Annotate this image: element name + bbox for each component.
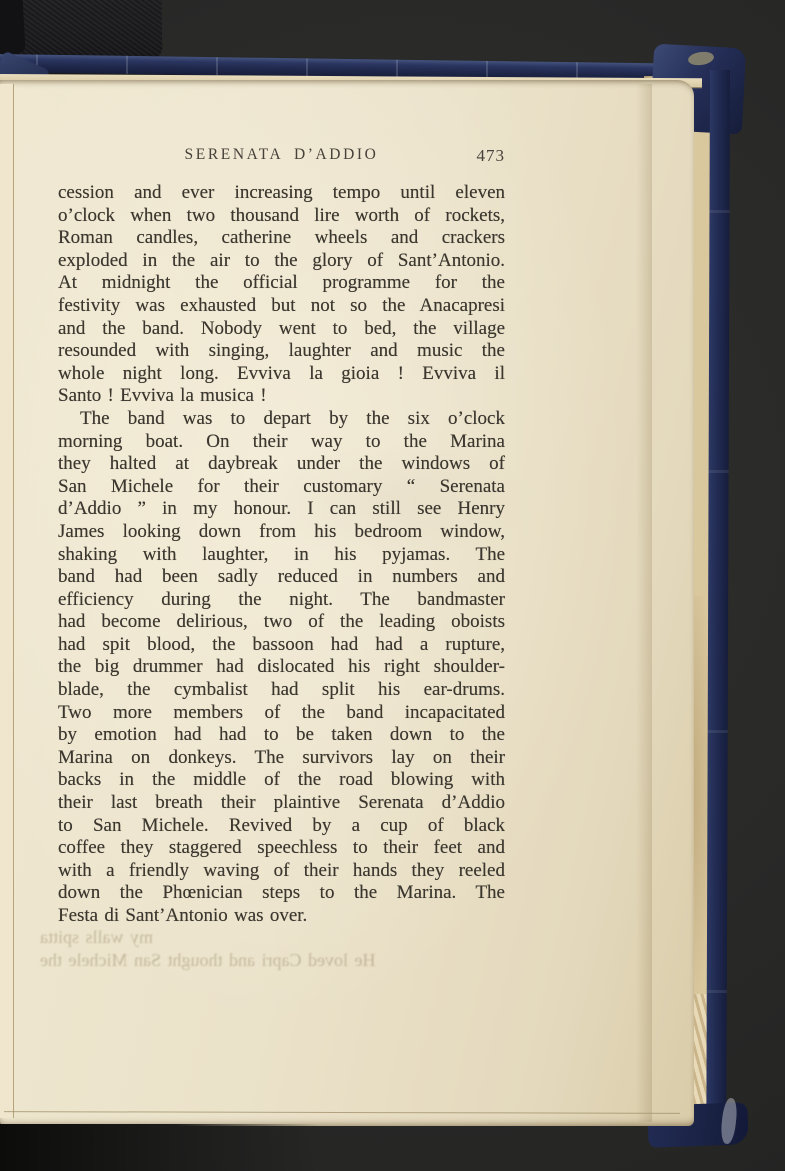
text-line: The band was to depart by the six o’cloc… [58,408,505,431]
cover-wear-marks [706,70,730,1132]
text-line: down the Phœnician steps to the Marina. … [58,882,505,905]
text-line: Two more members of the band incapacitat… [58,702,505,725]
running-head: SERENATA D’ADDIO 473 [58,146,505,168]
text-line: o’clock when two thousand lire worth of … [58,205,505,228]
text-line: the big drummer had dislocated his right… [58,656,505,679]
text-line: and the band. Nobody went to bed, the vi… [58,318,505,341]
page-left-edge [0,84,14,1118]
ghost-text-line: He loved Capri and thought San Michele t… [40,949,480,972]
text-line: Festa di Sant’Antonio was over. [58,905,505,928]
text-line: shaking with laughter, in his pyjamas. T… [58,544,505,567]
text-line: had spit blood, the bassoon had had a ru… [58,634,505,657]
text-line: d’Addio ” in my honour. I can still see … [58,498,505,521]
text-line: their last breath their plaintive Serena… [58,792,505,815]
text-line: backs in the middle of the road blowing … [58,769,505,792]
spine-shadow-notch [0,0,25,55]
text-line: resounded with singing, laughter and mus… [58,340,505,363]
ghost-text-line: my walls spitta [40,926,480,949]
page-number: 473 [477,146,506,166]
page-curvature-shadow [636,84,652,1122]
shadow-bottom-left [0,1124,320,1171]
text-line: to San Michele. Revived by a cup of blac… [58,815,505,838]
text-line: morning boat. On their way to the Marina [58,431,505,454]
text-line: festivity was exhausted but not so the A… [58,295,505,318]
bleed-through-ghost-text: my walls spittaHe loved Capri and though… [40,926,480,972]
chapter-title: SERENATA D’ADDIO [58,146,505,164]
page-body-text: cession and ever increasing tempo until … [58,182,505,928]
book-photo-scene: SERENATA D’ADDIO 473 cession and ever in… [0,0,785,1171]
text-line: whole night long. Evviva la gioia ! Evvi… [58,363,505,386]
text-line: Marina on donkeys. The survivors lay on … [58,747,505,770]
text-line: by emotion had had to be taken down to t… [58,724,505,747]
text-line: blade, the cymbalist had split his ear-d… [58,679,505,702]
text-line: San Michele for their customary “ Serena… [58,476,505,499]
text-line: with a friendly waving of their hands th… [58,860,505,883]
text-line: Roman candles, catherine wheels and crac… [58,227,505,250]
text-line: exploded in the air to the glory of Sant… [58,250,505,273]
printed-page-content: SERENATA D’ADDIO 473 cession and ever in… [58,146,505,168]
text-line: had become delirious, two of the leading… [58,611,505,634]
text-line: efficiency during the night. The bandmas… [58,589,505,612]
text-line: cession and ever increasing tempo until … [58,182,505,205]
text-line: At midnight the official programme for t… [58,272,505,295]
text-line: James looking down from his bedroom wind… [58,521,505,544]
text-line: they halted at daybreak under the window… [58,453,505,476]
text-line: Santo ! Evviva la musica ! [58,385,505,408]
text-line: band had been sadly reduced in numbers a… [58,566,505,589]
book-cover-right-edge [706,70,730,1132]
text-line: coffee they staggered speechless to thei… [58,837,505,860]
